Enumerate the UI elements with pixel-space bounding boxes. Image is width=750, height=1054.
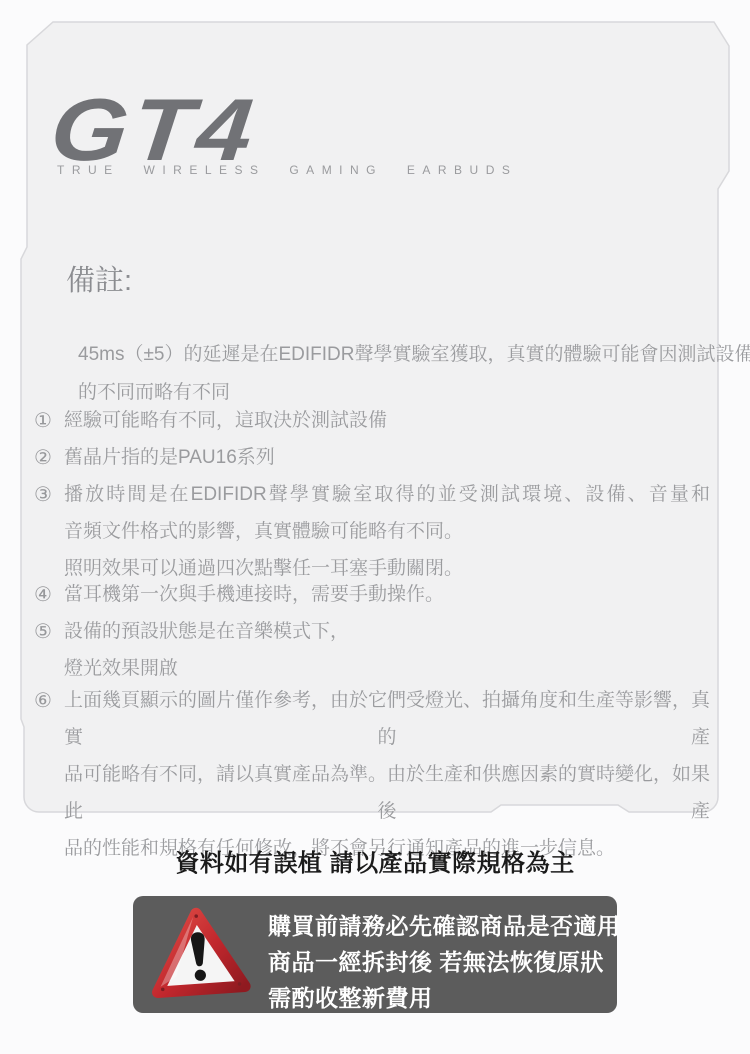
product-tagline: TRUE WIRELESS GAMING EARBUDS [57,163,517,177]
warning-line: 需酌收整新費用 [268,980,621,1016]
gt4-logo: GT4 [47,86,261,174]
note-text: 經驗可能略有不同，這取決於測試設備 [64,402,714,439]
purchase-warning-box: 購買前請務必先確認商品是否適用 商品一經拆封後 若無法恢復原狀 需酌收整新費用 [133,896,617,1013]
warning-triangle-icon [147,902,251,1006]
intro-line: 45ms（±5）的延遲是在EDIFIDR聲學實驗室獲取，真實的體驗可能會因測試設… [78,336,750,374]
warning-line: 商品一經拆封後 若無法恢復原狀 [268,944,621,980]
note-text: 設備的預設狀態是在音樂模式下， [64,613,714,650]
note-item-2: ② 舊晶片指的是PAU16系列 [34,439,714,476]
warning-line: 購買前請務必先確認商品是否適用 [268,908,621,944]
note-marker: ⑥ [34,682,64,867]
note-text: 音頻文件格式的影響，真實體驗可能略有不同。 [64,513,714,550]
note-item-3: ③ 播放時間是在EDIFIDR聲學實驗室取得的並受測試環境、設備、音量和 音頻文… [34,476,714,587]
note-item-6: ⑥ 上面幾頁顯示的圖片僅作參考，由於它們受燈光、拍攝角度和生產等影響，真實的產 … [34,682,714,867]
note-text: 上面幾頁顯示的圖片僅作參考，由於它們受燈光、拍攝角度和生產等影響，真實的產 [64,682,710,756]
note-text: 品可能略有不同，請以真實產品為準。由於生產和供應因素的實時變化，如果此後產 [64,756,710,830]
note-marker: ④ [34,576,64,613]
note-text: 舊晶片指的是PAU16系列 [64,439,714,476]
note-marker: ⑤ [34,613,64,687]
note-marker: ③ [34,476,64,587]
disclaimer-text: 資料如有誤植 請以產品實際規格為主 [0,843,750,878]
warning-text-block: 購買前請務必先確認商品是否適用 商品一經拆封後 若無法恢復原狀 需酌收整新費用 [268,908,621,1016]
note-item-1: ① 經驗可能略有不同，這取決於測試設備 [34,402,714,439]
note-marker: ② [34,439,64,476]
notes-intro: 45ms（±5）的延遲是在EDIFIDR聲學實驗室獲取，真實的體驗可能會因測試設… [78,336,750,412]
note-marker: ① [34,402,64,439]
note-text: 當耳機第一次與手機連接時，需要手動操作。 [64,576,714,613]
note-item-5: ⑤ 設備的預設狀態是在音樂模式下， 燈光效果開啟 [34,613,714,687]
notes-title: 備註: [66,258,132,299]
note-item-4: ④ 當耳機第一次與手機連接時，需要手動操作。 [34,576,714,613]
note-text: 播放時間是在EDIFIDR聲學實驗室取得的並受測試環境、設備、音量和 [64,476,710,513]
product-notes-page: GT4 TRUE WIRELESS GAMING EARBUDS 備註: 45m… [0,0,750,1054]
